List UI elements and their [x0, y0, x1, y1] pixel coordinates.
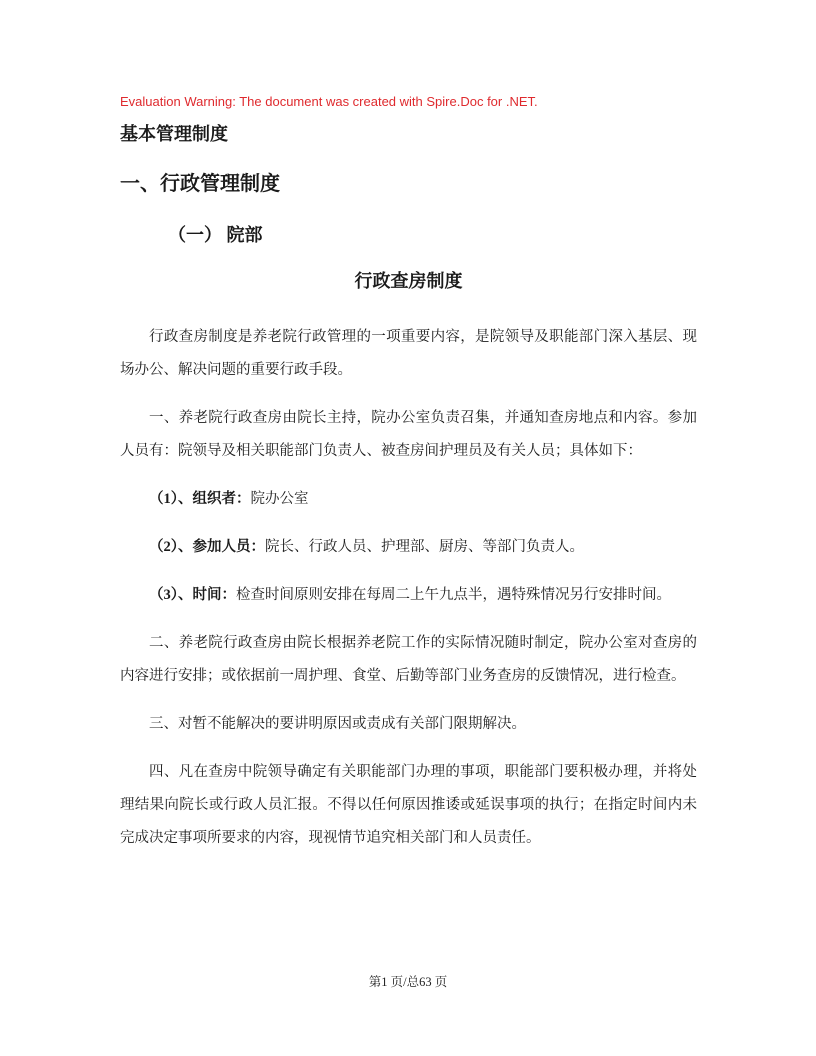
paragraph-time-lead: （3）、时间： — [149, 587, 236, 603]
heading-administrative-management: 一、行政管理制度 — [120, 171, 697, 198]
paragraph-item-one-text: 一、养老院行政查房由院长主持，院办公室负责召集，并通知查房地点和内容。参加人员有… — [120, 410, 697, 459]
heading-basic-management-system: 基本管理制度 — [120, 122, 697, 146]
paragraph-time-text: 检查时间原则安排在每周二上午九点半，遇特殊情况另行安排时间。 — [236, 587, 671, 603]
paragraph-intro-text: 行政查房制度是养老院行政管理的一项重要内容，是院领导及职能部门深入基层、现场办公… — [120, 329, 697, 378]
document-body: 行政查房制度是养老院行政管理的一项重要内容，是院领导及职能部门深入基层、现场办公… — [120, 321, 697, 855]
paragraph-participants-lead: （2）、参加人员： — [149, 539, 265, 555]
paragraph-item-four-text: 四、凡在查房中院领导确定有关职能部门办理的事项，职能部门要积极办理，并将处理结果… — [120, 764, 697, 846]
paragraph-organizer-lead: （1）、组织者： — [149, 491, 251, 507]
paragraph-item-one: 一、养老院行政查房由院长主持，院办公室负责召集，并通知查房地点和内容。参加人员有… — [120, 402, 697, 468]
paragraph-participants: （2）、参加人员：院长、行政人员、护理部、厨房、等部门负责人。 — [120, 531, 697, 564]
paragraph-item-two-text: 二、养老院行政查房由院长根据养老院工作的实际情况随时制定，院办公室对查房的内容进… — [120, 635, 697, 684]
paragraph-participants-text: 院长、行政人员、护理部、厨房、等部门负责人。 — [265, 539, 584, 555]
paragraph-organizer: （1）、组织者：院办公室 — [120, 483, 697, 516]
paragraph-intro: 行政查房制度是养老院行政管理的一项重要内容，是院领导及职能部门深入基层、现场办公… — [120, 321, 697, 387]
evaluation-warning-text: Evaluation Warning: The document was cre… — [120, 94, 697, 110]
paragraph-organizer-text: 院办公室 — [251, 491, 309, 507]
paragraph-time: （3）、时间：检查时间原则安排在每周二上午九点半，遇特殊情况另行安排时间。 — [120, 579, 697, 612]
heading-subsection-yuanbu: （一） 院部 — [120, 223, 697, 247]
page-number-footer: 第1 页/总63 页 — [0, 972, 816, 990]
document-title-ward-round-system: 行政查房制度 — [120, 269, 697, 293]
document-page: Evaluation Warning: The document was cre… — [0, 0, 816, 1056]
paragraph-item-three-text: 三、对暂不能解决的要讲明原因或责成有关部门限期解决。 — [149, 716, 526, 732]
paragraph-item-four: 四、凡在查房中院领导确定有关职能部门办理的事项，职能部门要积极办理，并将处理结果… — [120, 756, 697, 855]
paragraph-item-three: 三、对暂不能解决的要讲明原因或责成有关部门限期解决。 — [120, 708, 697, 741]
paragraph-item-two: 二、养老院行政查房由院长根据养老院工作的实际情况随时制定，院办公室对查房的内容进… — [120, 627, 697, 693]
